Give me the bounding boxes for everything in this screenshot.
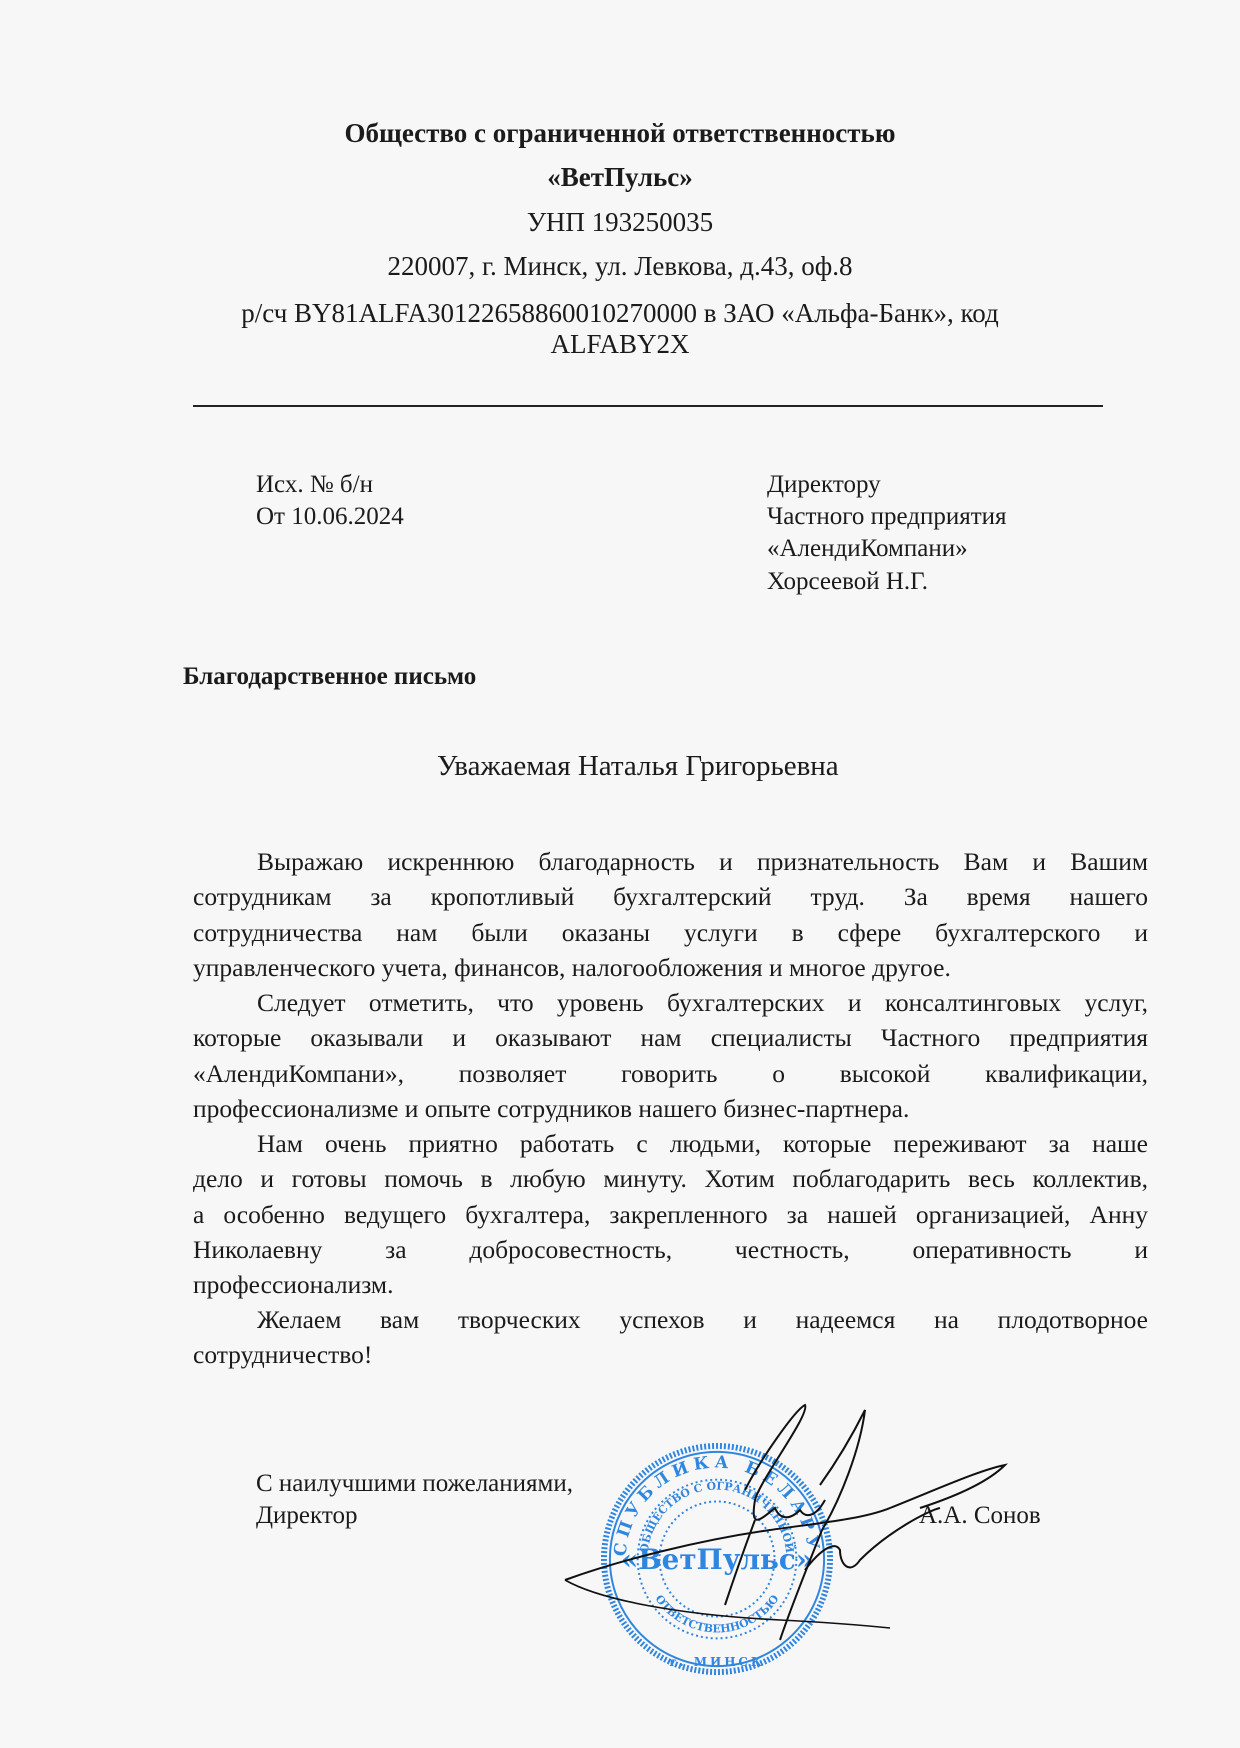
org-name: «ВетПульс» <box>0 161 1240 193</box>
text-line: сотрудникам за кропотливый бухгалтерский… <box>193 879 1148 914</box>
text-line: дело и готовы помочь в любую минуту. Хот… <box>193 1161 1148 1196</box>
text-line: Следует отметить, что уровень бухгалтерс… <box>193 985 1148 1020</box>
recipient-name: Хорсеевой Н.Г. <box>767 566 928 598</box>
text-line: Нам очень приятно работать с людьми, кот… <box>193 1126 1148 1161</box>
text-line: «АлендиКомпани», позволяет говорить о вы… <box>193 1056 1148 1091</box>
signer-position: Директор <box>256 1500 357 1532</box>
text-line: а особенно ведущего бухгалтера, закрепле… <box>193 1197 1148 1232</box>
letter-page: Общество с ограниченной ответственностью… <box>0 0 1240 1748</box>
letter-title: Благодарственное письмо <box>183 661 476 693</box>
org-unp: УНП 193250035 <box>0 206 1240 238</box>
paragraph-4: Желаем вам творческих успехов и надеемся… <box>193 1302 1148 1373</box>
org-address: 220007, г. Минск, ул. Левкова, д.43, оф.… <box>0 250 1240 282</box>
letter-date: От 10.06.2024 <box>256 501 404 533</box>
text-line: Желаем вам творческих успехов и надеемся… <box>193 1302 1148 1337</box>
text-line: сотрудничество! <box>193 1337 1148 1372</box>
paragraph-2: Следует отметить, что уровень бухгалтерс… <box>193 985 1148 1126</box>
signature-icon <box>560 1390 1120 1650</box>
text-line: управленческого учета, финансов, налогоо… <box>193 950 1148 985</box>
text-line: Николаевну за добросовестность, честност… <box>193 1232 1148 1267</box>
text-line: Выражаю искреннюю благодарность и призна… <box>193 844 1148 879</box>
recipient-company: «АлендиКомпани» <box>767 533 968 565</box>
paragraph-1: Выражаю искреннюю благодарность и призна… <box>193 844 1148 985</box>
text-line: сотрудничества нам были оказаны услуги в… <box>193 915 1148 950</box>
text-line: которые оказывали и оказывают нам специа… <box>193 1020 1148 1055</box>
recipient-position: Директору <box>767 469 881 501</box>
text-line: профессионализме и опыте сотрудников наш… <box>193 1091 1148 1126</box>
text-line: профессионализм. <box>193 1267 1148 1302</box>
org-bank-code: ALFABY2X <box>0 328 1240 360</box>
paragraph-3: Нам очень приятно работать с людьми, кот… <box>193 1126 1148 1302</box>
salutation: Уважаемая Наталья Григорьевна <box>437 750 839 782</box>
org-bank-account: р/сч BY81ALFA30122658860010270000 в ЗАО … <box>0 297 1240 329</box>
svg-text:г. МИНСК: г. МИНСК <box>669 1655 764 1669</box>
closing-regards: С наилучшими пожеланиями, <box>256 1468 573 1500</box>
header-divider <box>193 405 1103 407</box>
org-type: Общество с ограниченной ответственностью <box>0 117 1240 149</box>
recipient-company-type: Частного предприятия <box>767 501 1007 533</box>
outgoing-number: Исх. № б/н <box>256 469 373 501</box>
